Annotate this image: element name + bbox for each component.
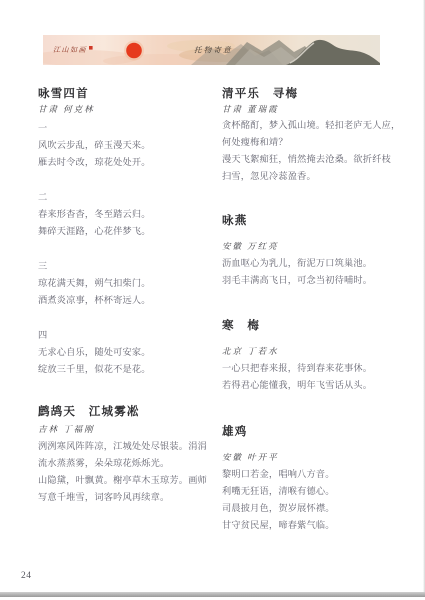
poem-section-xiongji: 雄鸡 安徽 叶开平 黎明口若金，唱响八方音。 利嘴无狂语，清喉有德心。 司晨披月…	[222, 426, 400, 534]
poem-title: 咏雪四首	[38, 88, 216, 101]
verse-line: 一心只把春来报，待到春来花事休。	[222, 360, 400, 377]
verse-line: 何处瘦梅和靖？	[222, 134, 400, 151]
ink-wash-landscape-graphic: 江山如画 托物寄意	[43, 35, 380, 65]
banner-left-calligraphy: 江山如画	[53, 46, 87, 54]
poem-section-yongxue: 咏雪四首 甘肃 何克林 一 风吹云步乱，碎玉漫天来。 雁去时令改，琼花处处开。 …	[38, 88, 216, 396]
verse-line: 甘守贫民屋，啼春紫气临。	[222, 517, 400, 534]
verse-line: 黎明口若金，唱响八方音。	[222, 466, 400, 483]
poem-section-hanmei: 寒 梅 北京 丁若水 一心只把春来报，待到春来花事休。 若得君心能懂我，明年飞雪…	[222, 320, 400, 394]
verse-line: 酒煮炎凉事，杯杯寄远人。	[38, 292, 216, 309]
verse-line: 司晨披月色，贺岁展怀襟。	[222, 500, 400, 517]
poem-section-qingpingle: 清平乐 寻梅 甘肃 董瑞霞 贪杯酩酊，梦入孤山境。轻扣老庐无人应， 何处瘦梅和靖…	[222, 88, 400, 185]
verse-line: 雁去时令改，琼花处处开。	[38, 154, 216, 171]
verse-line: 风吹云步乱，碎玉漫天来。	[38, 137, 216, 154]
poem-section-yongyan: 咏燕 安徽 万红亮 沥血呕心为乳儿，衔泥万口筑巢池。 羽毛丰满高飞日，可念当初待…	[222, 215, 400, 289]
stanza-number: 一	[38, 120, 216, 137]
seal-icon	[89, 46, 93, 50]
verse-line: 洌洌寒风阵阵凉，江城处处尽银装。涓涓	[38, 438, 216, 455]
verse-line: 利嘴无狂语，清喉有德心。	[222, 483, 400, 500]
verse-line: 漫天飞絮痴狂，悄然掩去沧桑。欲折纤枝	[222, 151, 400, 168]
poem-title: 鹧鸪天 江城雾凇	[38, 406, 216, 419]
poem-author: 吉林 丁福刚	[38, 423, 216, 435]
verse-line: 无求心自乐，随处可安家。	[38, 344, 216, 361]
verse-line: 若得君心能懂我，明年飞雪话从头。	[222, 377, 400, 394]
verse-line: 写意千堆雪，词客吟风再续章。	[38, 489, 216, 506]
poem-section-zhegutian: 鹧鸪天 江城雾凇 吉林 丁福刚 洌洌寒风阵阵凉，江城处处尽银装。涓涓 流水蒸蒸雾…	[38, 406, 216, 506]
stanza-number: 四	[38, 327, 216, 344]
verse-line: 绽放三千里，似花不是花。	[38, 361, 216, 378]
poem-author: 安徽 叶开平	[222, 451, 400, 463]
stanza-4: 四 无求心自乐，随处可安家。 绽放三千里，似花不是花。	[38, 327, 216, 378]
poem-title: 咏燕	[222, 215, 400, 228]
poem-author: 甘肃 何克林	[38, 103, 216, 115]
verse-line: 流水蒸蒸雾，朵朵琼花烁烁光。	[38, 455, 216, 472]
magazine-page: 江山如画 托物寄意 咏雪四首 甘肃 何克林 一 风吹云步乱，碎玉漫天来。 雁去时…	[0, 0, 425, 600]
poem-title: 雄鸡	[222, 426, 400, 439]
verse-line: 扫雪，忽见冷蕊盈香。	[222, 168, 400, 185]
verse-line: 舞碎天涯路，心花伴梦飞。	[38, 223, 216, 240]
stanza-2: 二 春来形杳杳，冬至踏云归。 舞碎天涯路，心花伴梦飞。	[38, 189, 216, 240]
verse-line: 羽毛丰满高飞日，可念当初待哺时。	[222, 272, 400, 289]
poem-author: 安徽 万红亮	[222, 240, 400, 252]
verse-line: 沥血呕心为乳儿，衔泥万口筑巢池。	[222, 255, 400, 272]
verse-line: 贪杯酩酊，梦入孤山境。轻扣老庐无人应，	[222, 117, 400, 134]
poem-author: 北京 丁若水	[222, 345, 400, 357]
poem-title: 清平乐 寻梅	[222, 88, 400, 101]
page-number: 24	[21, 571, 32, 581]
stanza-number: 二	[38, 189, 216, 206]
stanza-number: 三	[38, 258, 216, 275]
sun-icon	[126, 43, 142, 59]
stanza-1: 一 风吹云步乱，碎玉漫天来。 雁去时令改，琼花处处开。	[38, 120, 216, 171]
verse-line: 琼花满天舞，朔气扣柴门。	[38, 275, 216, 292]
verse-line: 山隐黛，叶飘黄。榭亭草木玉琼芳。画师	[38, 472, 216, 489]
stanza-3: 三 琼花满天舞，朔气扣柴门。 酒煮炎凉事，杯杯寄远人。	[38, 258, 216, 309]
poem-author: 甘肃 董瑞霞	[222, 103, 400, 115]
poem-title: 寒 梅	[222, 320, 400, 333]
verse-line: 春来形杳杳，冬至踏云归。	[38, 206, 216, 223]
header-banner: 江山如画 托物寄意	[43, 35, 380, 65]
page-edge-bottom	[0, 592, 425, 597]
banner-center-calligraphy: 托物寄意	[194, 46, 233, 55]
